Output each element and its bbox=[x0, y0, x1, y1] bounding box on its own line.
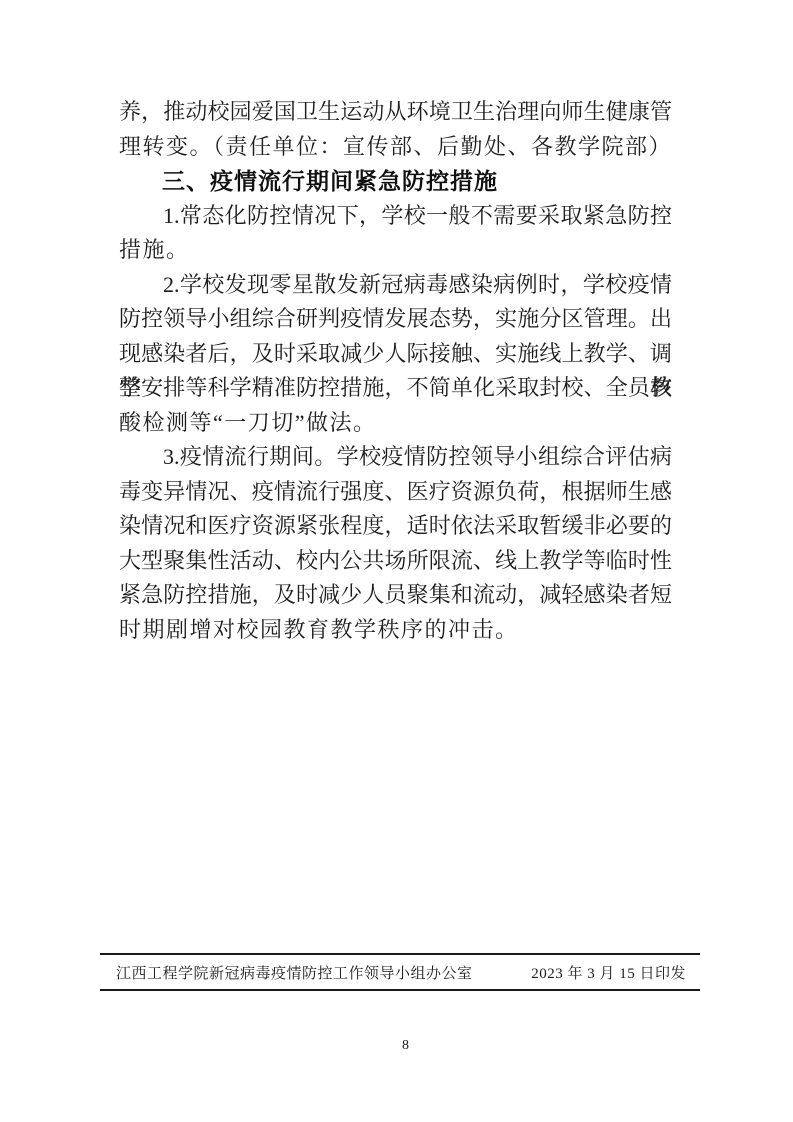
text-line: 时期剧增对校园教育教学秩序的冲击。 bbox=[119, 613, 672, 648]
section-heading: 三、疫情流行期间紧急防控措施 bbox=[119, 164, 672, 199]
text-line: 学安排等科学精准防控措施，不简单化采取封校、全员核 bbox=[119, 371, 672, 406]
text-line: 酸检测等“一刀切”做法。 bbox=[119, 406, 672, 441]
text-line: 染情况和医疗资源紧张程度，适时依法采取暂缓非必要的 bbox=[119, 509, 672, 544]
text-line: 2.学校发现零星散发新冠病毒感染病例时，学校疫情 bbox=[119, 268, 672, 303]
text-line: 3.疫情流行期间。学校疫情防控领导小组综合评估病 bbox=[119, 440, 672, 475]
text-line: 养，推动校园爱国卫生运动从环境卫生治理向师生健康管 bbox=[119, 95, 672, 130]
document-body: 养，推动校园爱国卫生运动从环境卫生治理向师生健康管理转变。（责任单位：宣传部、后… bbox=[119, 95, 672, 647]
footer: 江西工程学院新冠病毒疫情防控工作领导小组办公室 2023 年 3 月 15 日印… bbox=[100, 953, 700, 991]
text-line: 1.常态化防控情况下，学校一般不需要采取紧急防控 bbox=[119, 199, 672, 234]
footer-issuer: 江西工程学院新冠病毒疫情防控工作领导小组办公室 bbox=[116, 962, 473, 983]
text-line: 现感染者后，及时采取减少人际接触、实施线上教学、调整教 bbox=[119, 337, 672, 372]
text-line: 毒变异情况、疫情流行强度、医疗资源负荷，根据师生感 bbox=[119, 475, 672, 510]
document-page: 养，推动校园爱国卫生运动从环境卫生治理向师生健康管理转变。（责任单位：宣传部、后… bbox=[0, 0, 793, 1122]
footer-print-date: 2023 年 3 月 15 日印发 bbox=[531, 962, 686, 983]
text-line: 紧急防控措施，及时减少人员聚集和流动，减轻感染者短 bbox=[119, 578, 672, 613]
text-line: 防控领导小组综合研判疫情发展态势，实施分区管理。出 bbox=[119, 302, 672, 337]
text-line: 措施。 bbox=[119, 233, 672, 268]
page-number: 8 bbox=[9, 1038, 793, 1054]
text-line: 大型聚集性活动、校内公共场所限流、线上教学等临时性 bbox=[119, 544, 672, 579]
text-line: 理转变。（责任单位：宣传部、后勤处、各教学院部） bbox=[119, 130, 672, 165]
